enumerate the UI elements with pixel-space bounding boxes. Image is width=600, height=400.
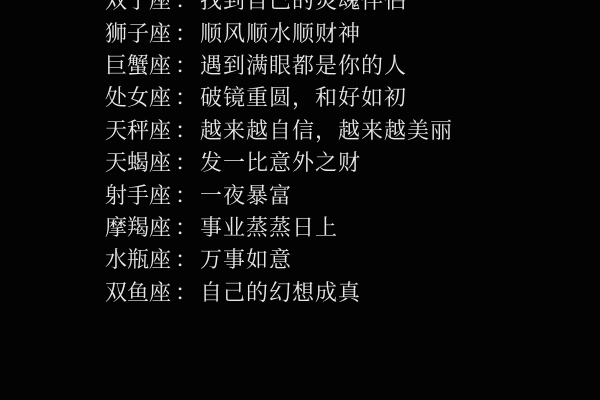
sign-label: 水瓶座 [105, 245, 175, 277]
sign-label: 狮子座 [105, 19, 175, 51]
fortune-text: 找到自己的灵魂伴侣 [200, 0, 407, 18]
fortune-text: 顺风顺水顺财神 [200, 19, 361, 51]
horoscope-row-scorpio: 天蝎座：发一比意外之财 [105, 148, 453, 180]
sign-label: 天秤座 [105, 116, 175, 148]
horoscope-row-aquarius: 水瓶座：万事如意 [105, 245, 453, 277]
fortune-text: 万事如意 [200, 245, 292, 277]
horoscope-row-capricorn: 摩羯座：事业蒸蒸日上 [105, 213, 453, 245]
horoscope-list: 双子座：找到自己的灵魂伴侣 狮子座：顺风顺水顺财神 巨蟹座：遇到满眼都是你的人 … [105, 0, 453, 310]
fortune-text: 一夜暴富 [200, 181, 292, 213]
fortune-text: 遇到满眼都是你的人 [200, 51, 407, 83]
separator: ： [175, 83, 200, 115]
fortune-text: 破镜重圆，和好如初 [200, 83, 407, 115]
sign-label: 处女座 [105, 83, 175, 115]
fortune-text: 越来越自信，越来越美丽 [200, 116, 453, 148]
separator: ： [175, 148, 200, 180]
fortune-text: 事业蒸蒸日上 [200, 213, 338, 245]
horoscope-row-libra: 天秤座：越来越自信，越来越美丽 [105, 116, 453, 148]
horoscope-row-pisces: 双鱼座：自己的幻想成真 [105, 278, 453, 310]
sign-label: 天蝎座 [105, 148, 175, 180]
separator: ： [175, 0, 200, 18]
sign-label: 摩羯座 [105, 213, 175, 245]
sign-label: 射手座 [105, 181, 175, 213]
sign-label: 巨蟹座 [105, 51, 175, 83]
separator: ： [175, 116, 200, 148]
separator: ： [175, 19, 200, 51]
separator: ： [175, 213, 200, 245]
horoscope-row-sagittarius: 射手座：一夜暴富 [105, 180, 453, 212]
separator: ： [175, 278, 200, 310]
separator: ： [175, 245, 200, 277]
fortune-text: 自己的幻想成真 [200, 278, 361, 310]
horoscope-row-leo: 狮子座：顺风顺水顺财神 [105, 18, 453, 50]
separator: ： [175, 51, 200, 83]
fortune-text: 发一比意外之财 [200, 148, 361, 180]
horoscope-image: 双子座：找到自己的灵魂伴侣 狮子座：顺风顺水顺财神 巨蟹座：遇到满眼都是你的人 … [0, 0, 600, 400]
separator: ： [175, 181, 200, 213]
horoscope-row-virgo: 处女座：破镜重圆，和好如初 [105, 83, 453, 115]
sign-label: 双鱼座 [105, 278, 175, 310]
horoscope-row-cancer: 巨蟹座：遇到满眼都是你的人 [105, 51, 453, 83]
horoscope-row-gemini: 双子座：找到自己的灵魂伴侣 [105, 0, 453, 18]
sign-label: 双子座 [105, 0, 175, 18]
